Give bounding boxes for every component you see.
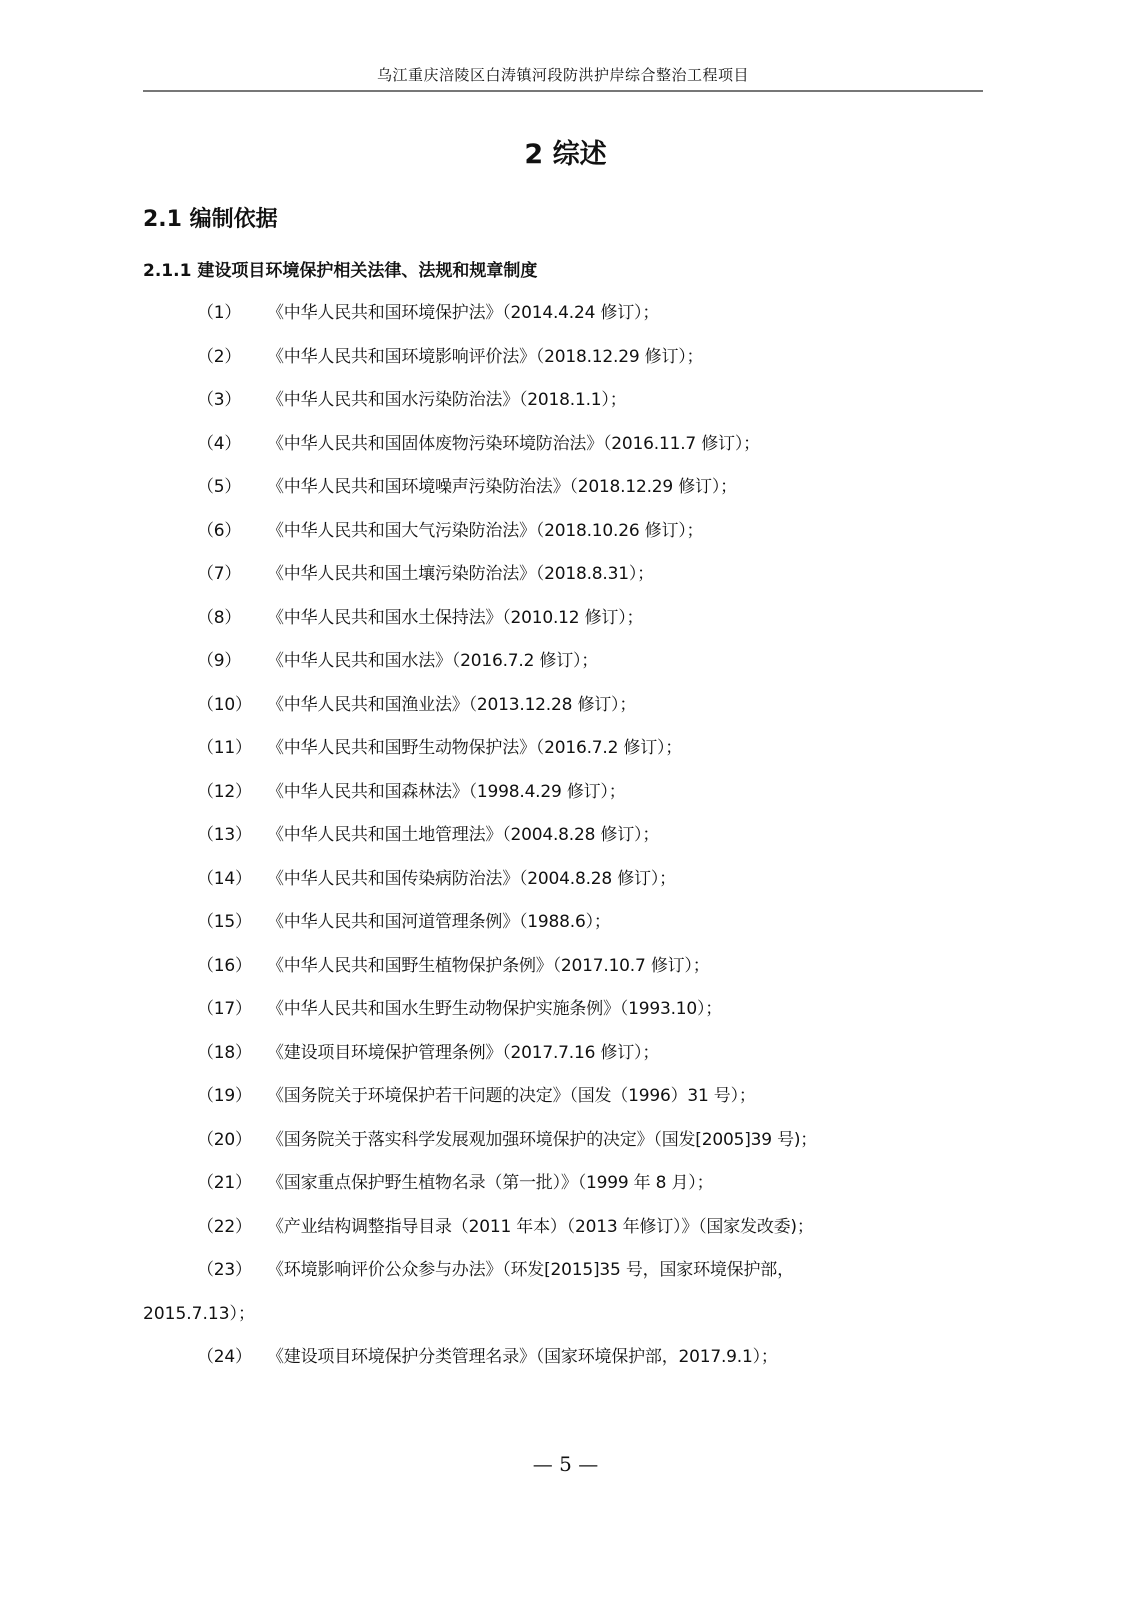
header-divider [143,90,983,92]
list-item: （20）《国务院关于落实科学发展观加强环境保护的决定》（国发[2005]39 号… [197,1125,817,1150]
list-item: （13）《中华人民共和国土地管理法》（2004.8.28 修订）； [197,820,659,845]
list-item: （8）《中华人民共和国水土保持法》（2010.12 修订）； [197,603,643,628]
list-item: （23）《环境影响评价公众参与办法》（环发[2015]35 号，国家环境保护部， [197,1255,794,1280]
list-item: （11）《中华人民共和国野生动物保护法》（2016.7.2 修订）； [197,733,682,758]
list-item: （15）《中华人民共和国河道管理条例》（1988.6）； [197,907,611,932]
list-item: （24）《建设项目环境保护分类管理名录》（国家环境保护部，2017.9.1）； [197,1342,778,1367]
list-item: （9）《中华人民共和国水法》（2016.7.2 修订）； [197,646,598,671]
list-item: （19）《国务院关于环境保护若干问题的决定》（国发（1996）31 号）； [197,1081,756,1106]
list-item: （3）《中华人民共和国水污染防治法》（2018.1.1）； [197,385,627,410]
list-item: （16）《中华人民共和国野生植物保护条例》（2017.10.7 修订）； [197,951,710,976]
list-item: （1）《中华人民共和国环境保护法》（2014.4.24 修订）； [197,298,659,323]
list-item: （5）《中华人民共和国环境噪声污染防治法》（2018.12.29 修订）； [197,472,737,497]
list-item: （7）《中华人民共和国土壤污染防治法》（2018.8.31）； [197,559,654,584]
list-item: （4）《中华人民共和国固体废物污染环境防治法》（2016.11.7 修订）； [197,429,760,454]
list-item: （6）《中华人民共和国大气污染防治法》（2018.10.26 修订）； [197,516,703,541]
list-item: （14）《中华人民共和国传染病防治法》（2004.8.28 修订）； [197,864,676,889]
page-number: — 5 — [0,1452,1131,1476]
list-item: （18）《建设项目环境保护管理条例》（2017.7.16 修订）； [197,1038,659,1063]
subsection-heading: 2.1.1 建设项目环境保护相关法律、法规和规章制度 [143,256,537,281]
list-item: （17）《中华人民共和国水生野生动物保护实施条例》（1993.10）； [197,994,722,1019]
list-item: （22）《产业结构调整指导目录（2011 年本）（2013 年修订）》（国家发改… [197,1212,814,1237]
list-item: （10）《中华人民共和国渔业法》（2013.12.28 修订）； [197,690,636,715]
list-item: （21）《国家重点保护野生植物名录（第一批）》（1999 年 8 月）； [197,1168,713,1193]
list-item: （2）《中华人民共和国环境影响评价法》（2018.12.29 修订）； [197,342,703,367]
running-header: 乌江重庆涪陵区白涛镇河段防洪护岸综合整治工程项目 [143,64,983,85]
chapter-title: 2 综述 [0,132,1131,171]
list-item-continuation: 2015.7.13）； [143,1299,255,1324]
list-item: （12）《中华人民共和国森林法》（1998.4.29 修订）； [197,777,626,802]
section-heading: 2.1 编制依据 [143,202,278,233]
